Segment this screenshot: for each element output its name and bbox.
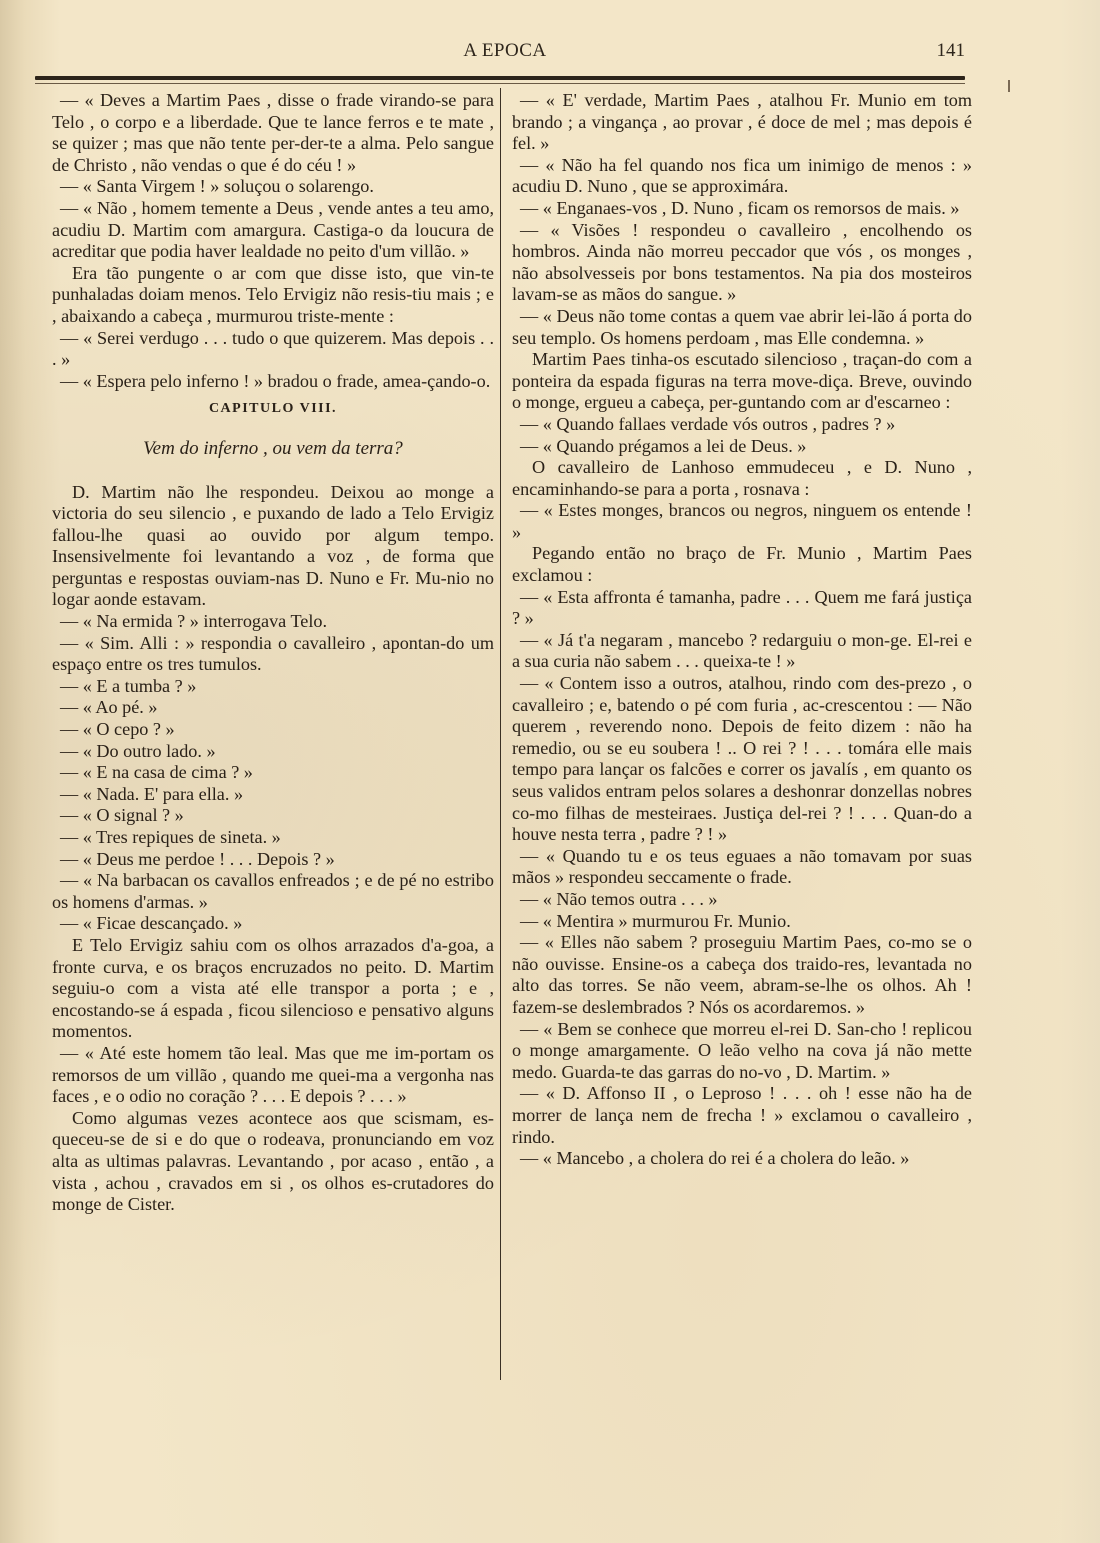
dialogue-line: — « Enganaes-vos , D. Nuno , ficam os re… <box>512 198 972 220</box>
dialogue-line: — « Deus me perdoe ! . . . Depois ? » <box>52 849 494 871</box>
paragraph: Martim Paes tinha-os escutado silencioso… <box>512 349 972 414</box>
page-edge-mark <box>1008 80 1010 92</box>
header-rule-thin <box>35 83 965 84</box>
paragraph: Como algumas vezes acontece aos que scis… <box>52 1108 494 1216</box>
left-column: — « Deves a Martim Paes , disse o frade … <box>52 90 494 1216</box>
dialogue-line: — « Mentira » murmurou Fr. Munio. <box>512 911 972 933</box>
header-rule <box>35 76 965 80</box>
dialogue-line: — « E a tumba ? » <box>52 676 494 698</box>
dialogue-line: — « E na casa de cima ? » <box>52 762 494 784</box>
paragraph: — « Santa Virgem ! » soluçou o solarengo… <box>52 176 494 198</box>
dialogue-line: — « D. Affonso II , o Leproso ! . . . oh… <box>512 1083 972 1148</box>
dialogue-line: — « O cepo ? » <box>52 719 494 741</box>
paragraph: Era tão pungente o ar com que disse isto… <box>52 263 494 328</box>
dialogue-line: — « Na barbacan os cavallos enfreados ; … <box>52 870 494 913</box>
dialogue-line: — « Quando tu e os teus eguaes a não tom… <box>512 846 972 889</box>
dialogue-line: — « Tres repiques de sineta. » <box>52 827 494 849</box>
dialogue-line: — « Mancebo , a cholera do rei é a chole… <box>512 1148 972 1170</box>
column-divider <box>500 88 501 1380</box>
dialogue-line: — « Ficae descançado. » <box>52 913 494 935</box>
chapter-subtitle: Vem do inferno , ou vem da terra? <box>52 438 494 460</box>
dialogue-line: — « Ao pé. » <box>52 697 494 719</box>
dialogue-line: — « Contem isso a outros, atalhou, rindo… <box>512 673 972 846</box>
running-head: A EPOCA 141 <box>45 40 965 68</box>
paragraph: Pegando então no braço de Fr. Munio , Ma… <box>512 543 972 586</box>
journal-title: A EPOCA <box>45 40 965 62</box>
dialogue-line: — « Bem se conhece que morreu el-rei D. … <box>512 1019 972 1084</box>
dialogue-line: — « Já t'a negaram , mancebo ? redarguiu… <box>512 630 972 673</box>
paragraph: — « Serei verdugo . . . tudo o que quize… <box>52 328 494 371</box>
dialogue-line: — « Até este homem tão leal. Mas que me … <box>52 1043 494 1108</box>
paragraph: — « Não , homem temente a Deus , vende a… <box>52 198 494 263</box>
paragraph: O cavalleiro de Lanhoso emmudeceu , e D.… <box>512 457 972 500</box>
page-number: 141 <box>937 40 966 62</box>
dialogue-line: — « Quando prégamos a lei de Deus. » <box>512 436 972 458</box>
right-column: — « E' verdade, Martim Paes , atalhou Fr… <box>512 90 972 1170</box>
dialogue-line: — « Não ha fel quando nos fica um inimig… <box>512 155 972 198</box>
dialogue-line: — « E' verdade, Martim Paes , atalhou Fr… <box>512 90 972 155</box>
dialogue-line: — « Quando fallaes verdade vós outros , … <box>512 414 972 436</box>
dialogue-line: — « O signal ? » <box>52 805 494 827</box>
dialogue-line: — « Sim. Alli : » respondia o cavalleiro… <box>52 633 494 676</box>
dialogue-line: — « Visões ! respondeu o cavalleiro , en… <box>512 220 972 306</box>
dialogue-line: — « Do outro lado. » <box>52 741 494 763</box>
chapter-heading: CAPITULO VIII. <box>52 398 494 420</box>
dialogue-line: — « Nada. E' para ella. » <box>52 784 494 806</box>
paragraph: E Telo Ervigiz sahiu com os olhos arraza… <box>52 935 494 1043</box>
dialogue-line: — « Esta affronta é tamanha, padre . . .… <box>512 587 972 630</box>
paragraph: — « Espera pelo inferno ! » bradou o fra… <box>52 371 494 393</box>
dialogue-line: — « Não temos outra . . . » <box>512 889 972 911</box>
dialogue-line: — « Na ermida ? » interrogava Telo. <box>52 611 494 633</box>
dialogue-line: — « Estes monges, brancos ou negros, nin… <box>512 500 972 543</box>
paragraph: D. Martim não lhe respondeu. Deixou ao m… <box>52 482 494 612</box>
dialogue-line: — « Deus não tome contas a quem vae abri… <box>512 306 972 349</box>
dialogue-line: — « Elles não sabem ? proseguiu Martim P… <box>512 932 972 1018</box>
paragraph: — « Deves a Martim Paes , disse o frade … <box>52 90 494 176</box>
